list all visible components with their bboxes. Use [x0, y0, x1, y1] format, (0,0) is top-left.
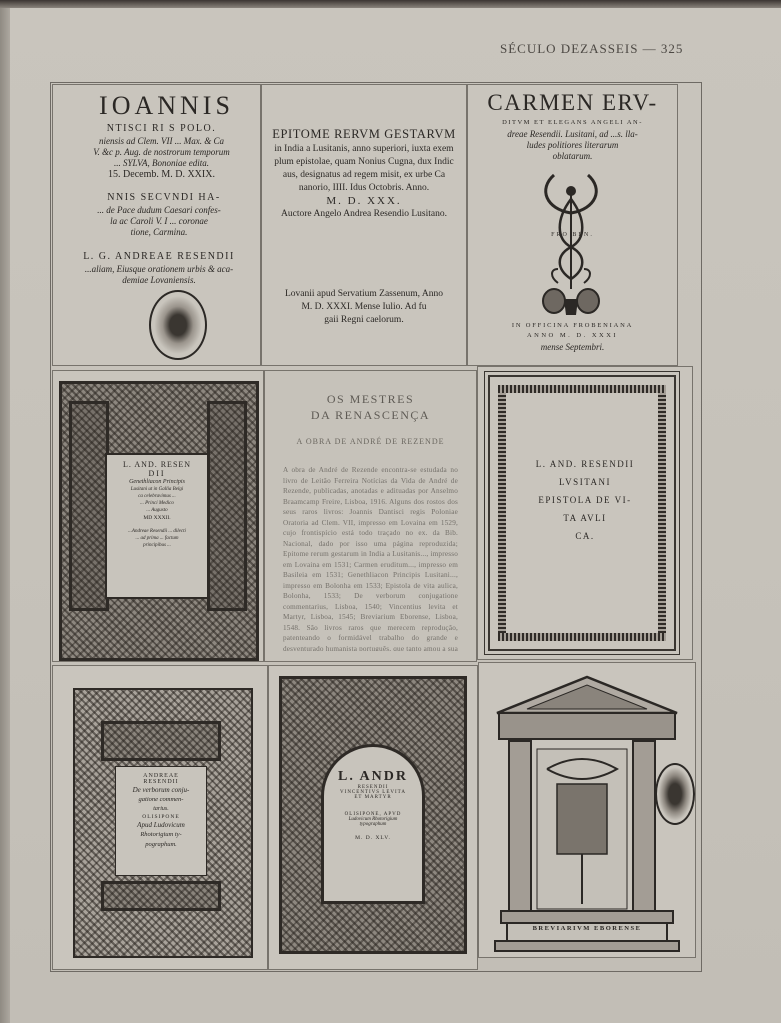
plate-line: pographum. [116, 840, 206, 850]
plate-author: Auctore Angelo Andrea Resendio Lusitano. [262, 208, 466, 221]
essay-os-mestres: OS MESTRES DA RENASCENÇA A OBRA DE ANDRÉ… [264, 370, 477, 662]
plate-title: CARMEN ERV- [468, 91, 677, 114]
arched-title-panel: L. ANDR RESENDII VINCENTIVS LEVITA ET MA… [321, 744, 425, 904]
plate-line: Rhotorigium ty- [116, 830, 206, 840]
plate-line: EPISTOLA DE VI- [478, 495, 692, 505]
plate-imprint: Lovanii apud Servatium Zassenum, Anno [262, 288, 466, 301]
arch-top [101, 721, 221, 761]
top-edge-shadow [0, 0, 781, 8]
plate-imprint: gaii Regni caelorum. [262, 314, 466, 327]
plate-line: ca celebravimus ... [107, 493, 207, 500]
plate-imprint: mense Septembri. [468, 342, 677, 353]
essay-subtitle: A OBRA DE ANDRÉ DE REZENDE [265, 437, 476, 446]
essay-body: A obra de André de Rezende encontra-se e… [283, 465, 458, 651]
plate-line: dreae Resendii. Lusitani, ad ...s. lla- [468, 129, 677, 140]
plate-line: ... SYLVA, Bononiae edita. [78, 158, 245, 169]
plate-line: CA. [478, 531, 692, 541]
plate-caption: BREVIARIVM EBORENSE [499, 925, 675, 932]
plate-line: nanorio, IIII. Idus Octobris. Anno. [262, 182, 466, 195]
plate-genethliacon: L. AND. RESEN DII Genethliacon Principis… [52, 370, 264, 662]
plate-line: ludes politiores literarum [468, 140, 677, 151]
plate-ioannis-dantisci: IOANNIS NTISCI RI S POLO. niensis ad Cle… [52, 84, 261, 366]
plate-subtitle: NNIS SECVNDI HA- [83, 192, 245, 203]
plate-line: principibus ... [107, 542, 207, 549]
plate-line: ... ad prima ... factum [107, 535, 207, 542]
pedestal [101, 881, 221, 911]
plate-epistola-de-vita-aulica: L. AND. RESENDII LVSITANI EPISTOLA DE VI… [477, 366, 693, 660]
plate-title: L. ANDR [324, 769, 422, 785]
plate-line: ... de Pace dudum Caesari confes- [73, 205, 245, 216]
plate-line: DITVM ET ELEGANS ANGELI AN- [468, 119, 677, 126]
plate-line: demiae Lovaniensis. [73, 275, 245, 286]
plate-breviarium-eborense: BREVIARIVM EBORENSE [478, 662, 696, 958]
plate-line: DII [107, 469, 207, 478]
plate-line: ET MARTYR [324, 795, 422, 800]
plate-line: ... Augusto [107, 507, 207, 514]
caryatid-right [207, 401, 247, 611]
plate-date: M. D. XLV. [324, 835, 422, 841]
plate-title: IOANNIS [93, 93, 240, 119]
plate-title: EPITOME RERVM GESTARVM [262, 127, 466, 142]
plate-epitome-rerum-gestarum: EPITOME RERVM GESTARVM in India a Lusita… [261, 84, 467, 366]
plate-line: ...aliam, Eiusque orationem urbis & aca- [73, 264, 245, 275]
plate-line: in India a Lusitanis, anno superiori, iu… [262, 143, 466, 156]
plate-line: typographum [324, 822, 422, 827]
plate-line: De verborum conju- [116, 785, 206, 795]
plate-line: aus, designatus ad regem misit, ex urbe … [262, 169, 466, 182]
plate-line: MD XXXII. [107, 514, 207, 522]
plate-line: tarius. [116, 805, 206, 814]
plate-line: tione, Carmina. [73, 227, 245, 238]
printer-device-oval-icon [149, 290, 207, 360]
plate-line: plum epistolae, quam Nonius Cugna, dux I… [262, 156, 466, 169]
plate-author: L. G. ANDREAE RESENDII [68, 251, 250, 262]
plate-line: oblatarum. [468, 151, 677, 162]
plate-line: NTISCI RI S POLO. [83, 123, 240, 134]
plate-date: M. D. XXX. [262, 195, 466, 208]
plate-line: Genethliacon Principis [107, 478, 207, 486]
plate-line: gatione commen- [116, 795, 206, 805]
coat-of-arms-oval-icon [655, 763, 695, 825]
frame-chain-bottom [498, 633, 666, 641]
plate-line: ... Princi Medico [107, 500, 207, 507]
plate-line: TA AVLI [478, 513, 692, 523]
plate-title: L. AND. RESENDII [478, 459, 692, 469]
title-panel: ANDREAE RESENDII De verborum conju- gati… [115, 766, 207, 876]
essay-title-2: DA RENASCENÇA [265, 407, 476, 423]
caduceus-printer-device-icon [536, 169, 606, 319]
plate-line: 15. Decemb. M. D. XXIX. [78, 169, 245, 180]
plate-de-verborum-conjugatione: ANDREAE RESENDII De verborum conju- gati… [52, 665, 268, 970]
plate-imprint: M. D. XXXI. Mense Iulio. Ad fu [262, 301, 466, 314]
plate-vincentius-levita: L. ANDR RESENDII VINCENTIVS LEVITA ET MA… [268, 665, 478, 970]
plate-line: ...Andreae Resendii ... dilecti [107, 528, 207, 535]
plate-imprint: IN OFFICINA FROBENIANA [468, 322, 677, 329]
plate-line: Lusitani ut in Gallia Belgi [107, 486, 207, 493]
device-label: FRO BEN. [468, 232, 677, 238]
frame-chain-top [498, 385, 666, 393]
plate-line: niensis ad Clem. VII ... Max. & Ca [78, 136, 245, 147]
running-head: SÉCULO DEZASSEIS — 325 [500, 41, 683, 57]
title-panel: L. AND. RESEN DII Genethliacon Principis… [105, 453, 209, 599]
caryatid-left [69, 401, 109, 611]
plate-imprint: ANNO M. D. XXXI [468, 332, 677, 339]
plate-line: Apud Ludovicum [116, 820, 206, 830]
plate-title: L. AND. RESEN [107, 460, 207, 469]
temple-facade-woodcut-icon [487, 669, 687, 958]
plate-line: la ac Caroli V. I ... coronae [73, 216, 245, 227]
plate-carmen-eruditum: CARMEN ERV- DITVM ET ELEGANS ANGELI AN- … [467, 84, 678, 366]
essay-title: OS MESTRES [265, 391, 476, 407]
plate-line: V. &c p. Aug. de nostrorum temporum [78, 147, 245, 158]
plate-line: LVSITANI [478, 477, 692, 487]
